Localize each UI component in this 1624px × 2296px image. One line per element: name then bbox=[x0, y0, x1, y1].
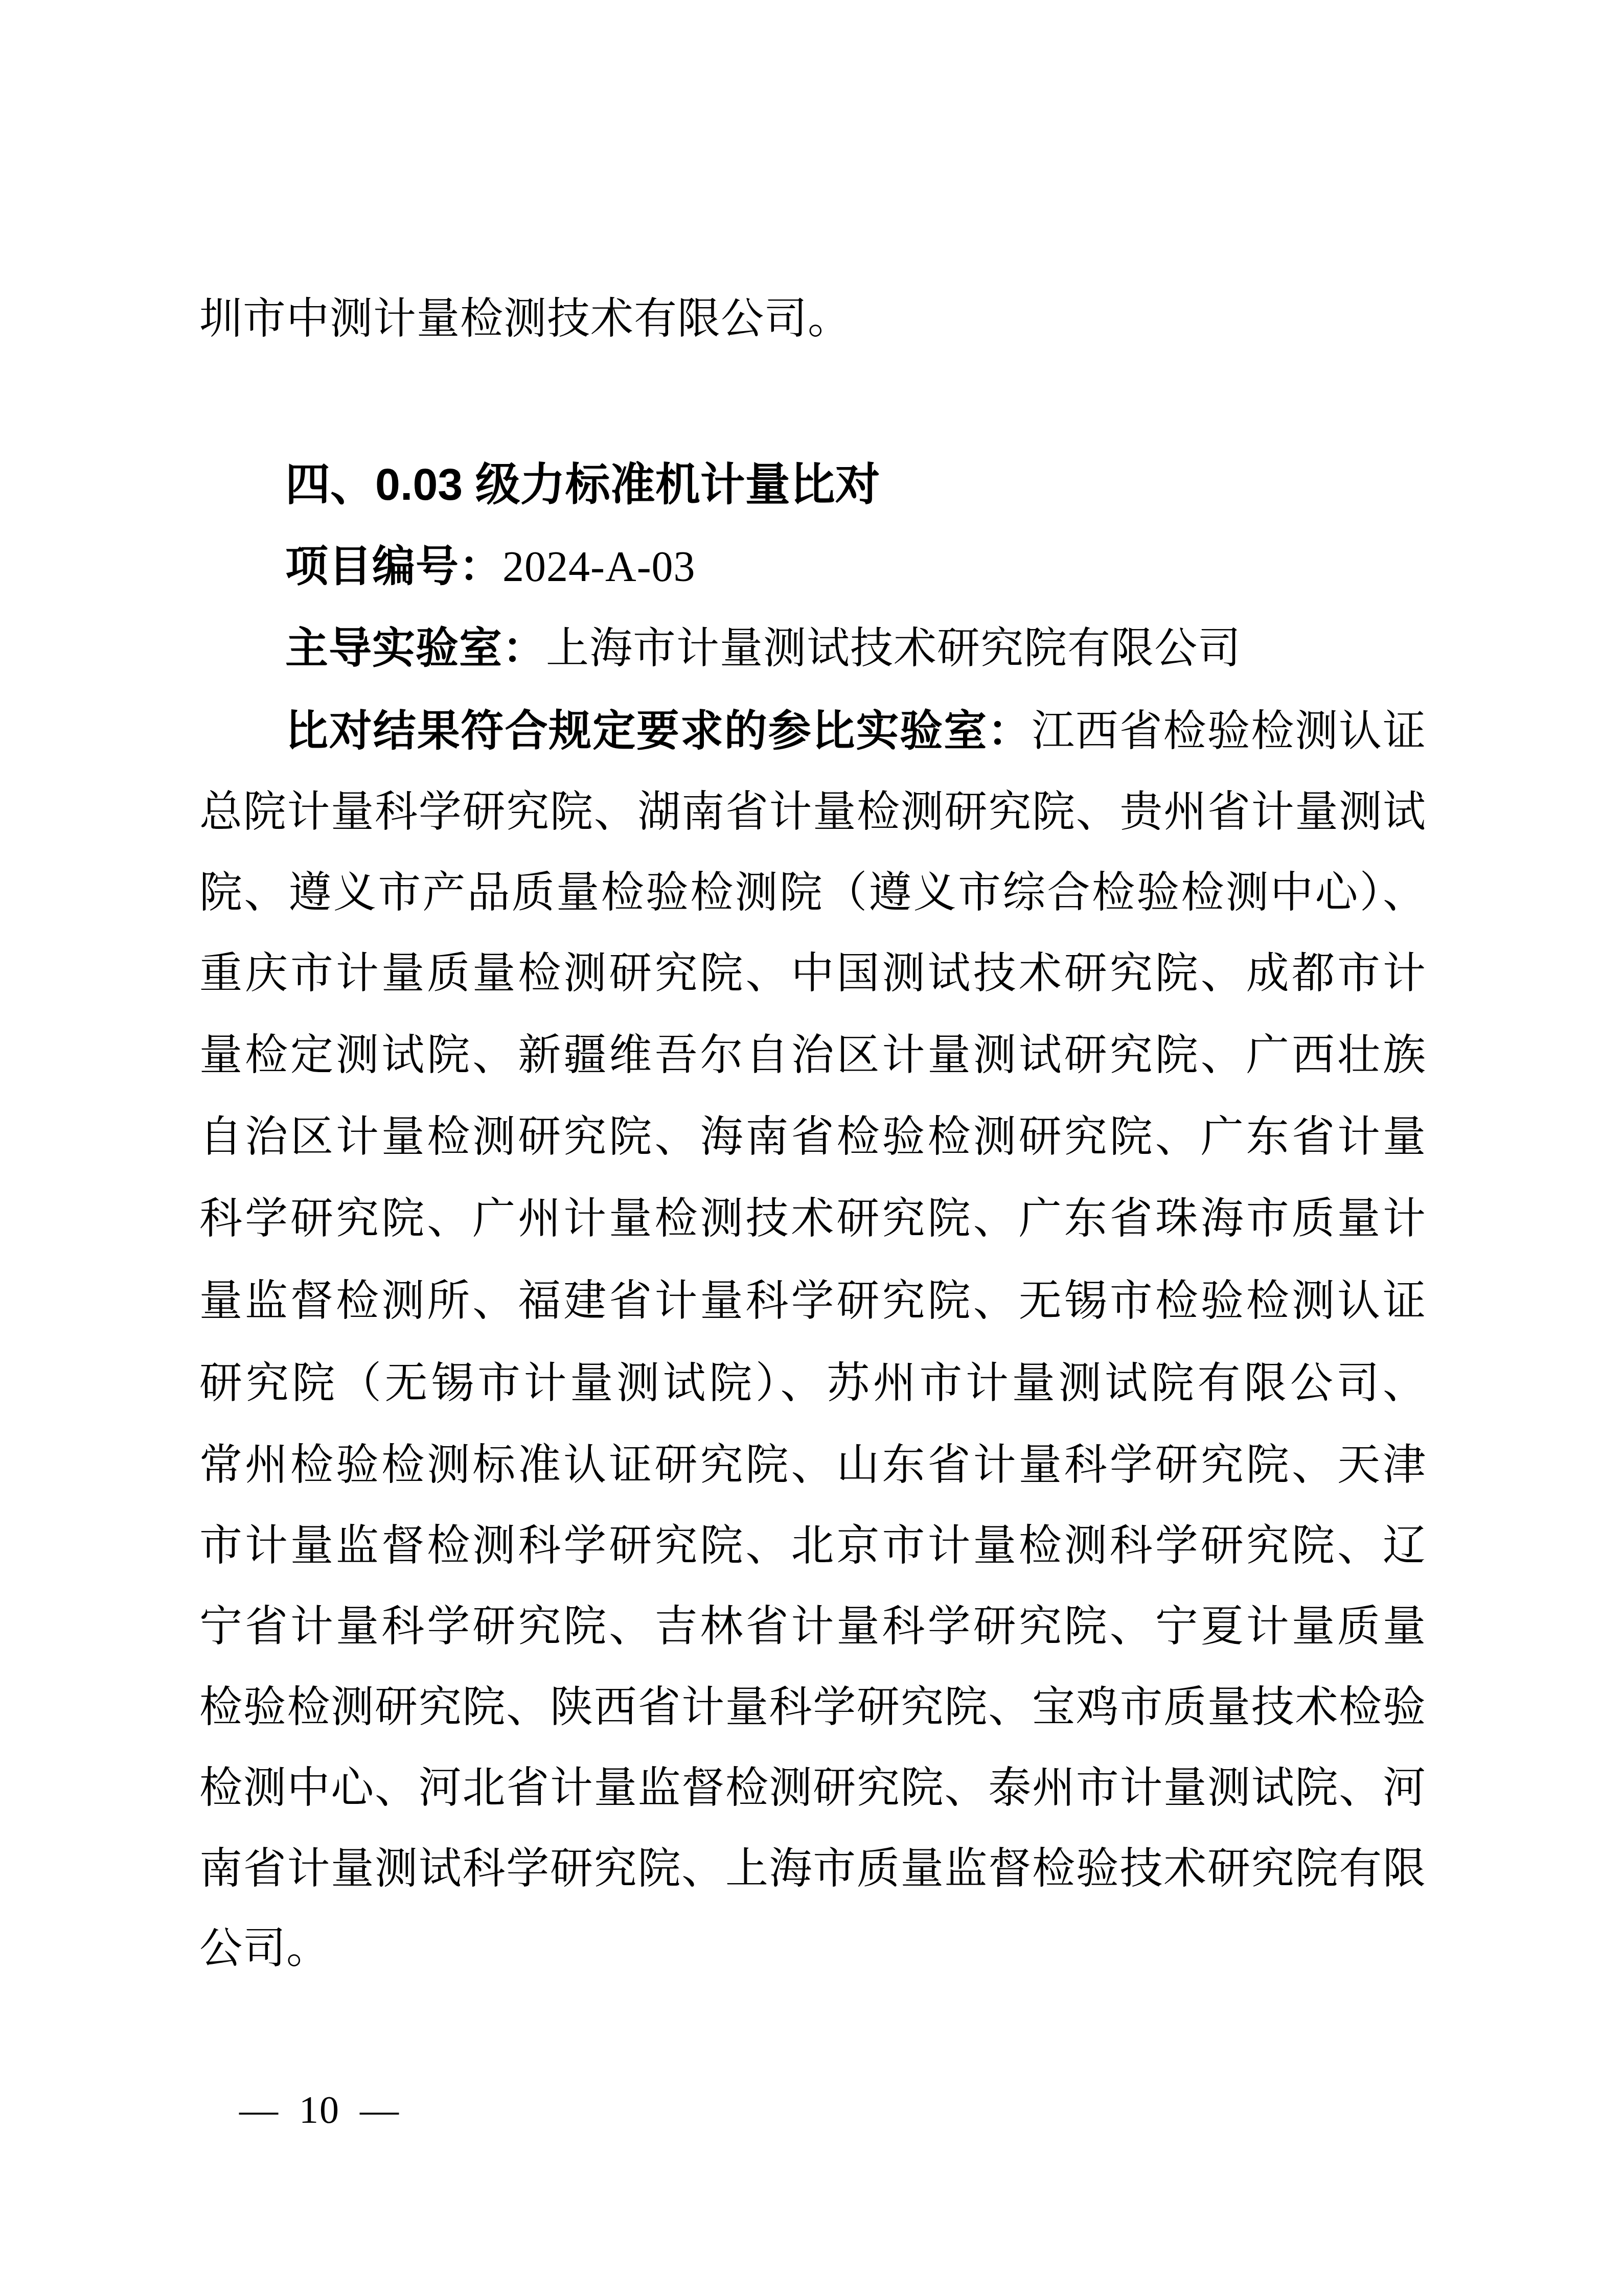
page-number-footer: — 10 — bbox=[239, 2088, 400, 2132]
participants-last-line: 公司。 bbox=[199, 1923, 1426, 1975]
participants-label: 比对结果符合规定要求的参比实验室： bbox=[285, 707, 1032, 755]
section-heading: 四、0.03 级力标准机计量比对 bbox=[199, 457, 1426, 512]
participants-line: 常州检验检测标准认证研究院、山东省计量科学研究院、天津 bbox=[199, 1440, 1426, 1492]
participants-line: 量检定测试院、新疆维吾尔自治区计量测试研究院、广西壮族 bbox=[199, 1030, 1426, 1082]
participants-line: 检测中心、河北省计量监督检测研究院、泰州市计量测试院、河 bbox=[199, 1763, 1426, 1815]
participants-line: 院、遵义市产品质量检验检测院（遵义市综合检验检测中心）、 bbox=[199, 868, 1426, 919]
participants-line: 科学研究院、广州计量检测技术研究院、广东省珠海市质量计 bbox=[199, 1194, 1426, 1245]
participants-line: 宁省计量科学研究院、吉林省计量科学研究院、宁夏计量质量 bbox=[199, 1602, 1426, 1653]
participants-line: 重庆市计量质量检测研究院、中国测试技术研究院、成都市计 bbox=[199, 948, 1426, 1000]
participants-first-segment: 江西省检验检测认证 bbox=[1032, 708, 1426, 755]
project-number-label: 项目编号： bbox=[285, 542, 502, 590]
lead-lab-label: 主导实验室： bbox=[285, 624, 546, 672]
participants-line: 自治区计量检测研究院、海南省检验检测研究院、广东省计量 bbox=[199, 1112, 1426, 1164]
project-number-line: 项目编号：2024-A-03 bbox=[199, 541, 1426, 593]
continuation-text-line: 圳市中测计量检测技术有限公司。 bbox=[199, 294, 1426, 345]
participants-line: 南省计量测试科学研究院、上海市质量监督检验技术研究院有限 bbox=[199, 1844, 1426, 1895]
participants-line: 研究院（无锡市计量测试院）、苏州市计量测试院有限公司、 bbox=[199, 1358, 1426, 1410]
participants-line: 检验检测研究院、陕西省计量科学研究院、宝鸡市质量技术检验 bbox=[199, 1682, 1426, 1734]
lead-lab-value: 上海市计量测试技术研究院有限公司 bbox=[546, 625, 1241, 672]
participants-line: 总院计量科学研究院、湖南省计量检测研究院、贵州省计量测试 bbox=[199, 787, 1426, 839]
participants-line: 量监督检测所、福建省计量科学研究院、无锡市检验检测认证 bbox=[199, 1276, 1426, 1328]
project-number-value: 2024-A-03 bbox=[502, 543, 696, 591]
participants-intro-line: 比对结果符合规定要求的参比实验室：江西省检验检测认证 bbox=[199, 705, 1426, 758]
lead-lab-line: 主导实验室：上海市计量测试技术研究院有限公司 bbox=[199, 622, 1426, 675]
participants-line: 市计量监督检测科学研究院、北京市计量检测科学研究院、辽 bbox=[199, 1521, 1426, 1572]
document-page: 圳市中测计量检测技术有限公司。 四、0.03 级力标准机计量比对 项目编号：20… bbox=[0, 0, 1624, 2296]
